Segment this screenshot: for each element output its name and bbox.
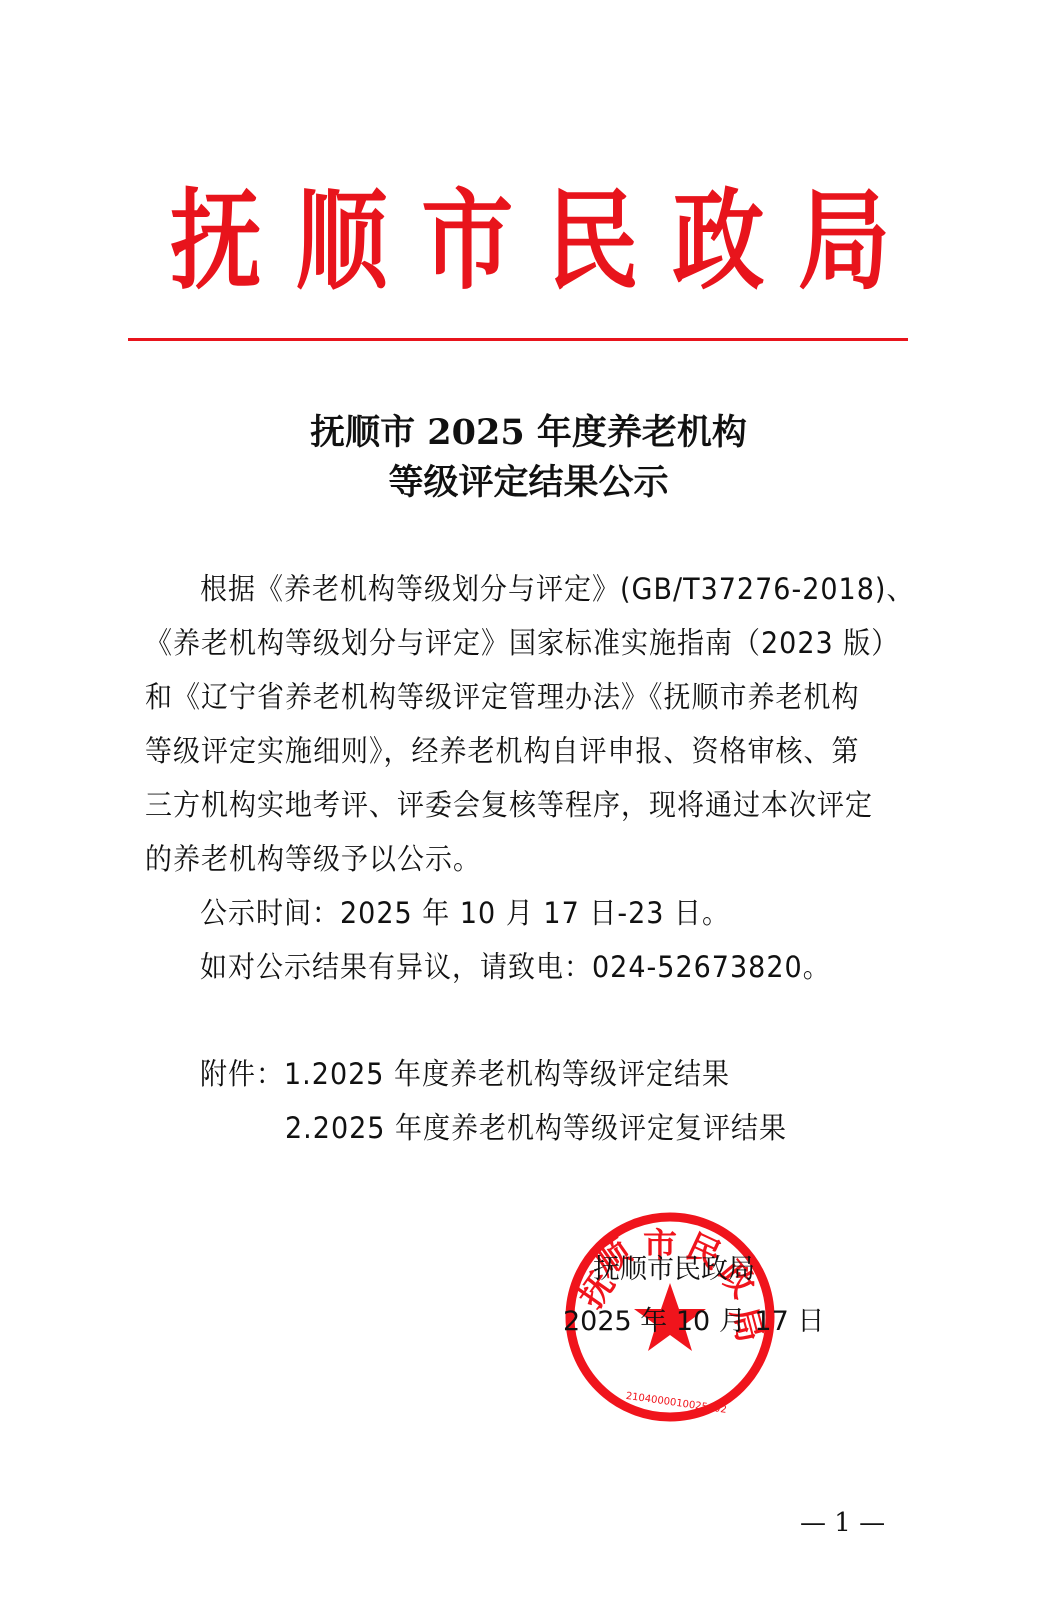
page-number: — 1 — [800,1508,885,1538]
letterhead-char: 抚 [170,170,262,312]
attachment-item: 1.2025 年度养老机构等级评定结果 [284,1057,730,1091]
document-title-line1: 抚顺市 2025 年度养老机构 [0,410,1057,456]
body-paragraph-line: 和《辽宁省养老机构等级评定管理办法》《抚顺市养老机构 [145,676,905,720]
signature-organization: 抚顺市民政局 [593,1252,755,1288]
attachments-row-1: 附件：1.2025 年度养老机构等级评定结果 [200,1053,960,1097]
body-paragraph-line: 等级评定实施细则》，经养老机构自评申报、资格审核、第 [145,730,905,774]
attachment-item: 2.2025 年度养老机构等级评定复评结果 [285,1107,1045,1151]
attachments-label: 附件： [200,1057,284,1091]
letterhead-char: 市 [421,170,513,312]
publicity-period: 公示时间：2025 年 10 月 17 日-23 日。 [200,892,960,936]
letterhead-divider [128,338,908,341]
contact-phone: 如对公示结果有异议，请致电：024-52673820。 [200,946,960,990]
letterhead-char: 政 [672,170,764,312]
letterhead-char: 民 [547,170,639,312]
body-paragraph-line: 的养老机构等级予以公示。 [145,838,905,882]
letterhead-char: 局 [798,170,890,312]
signature-date: 2025 年 10 月 17 日 [563,1304,824,1340]
body-paragraph-line: 根据《养老机构等级划分与评定》(GB/T37276-2018)、 [200,568,960,612]
body-paragraph-line: 三方机构实地考评、评委会复核等程序，现将通过本次评定 [145,784,905,828]
letterhead-char: 顺 [296,170,388,312]
body-paragraph-line: 《养老机构等级划分与评定》国家标准实施指南（2023 版） [145,622,905,666]
letterhead-title: 抚 顺 市 民 政 局 [170,170,890,312]
document-title-line2: 等级评定结果公示 [0,460,1057,506]
